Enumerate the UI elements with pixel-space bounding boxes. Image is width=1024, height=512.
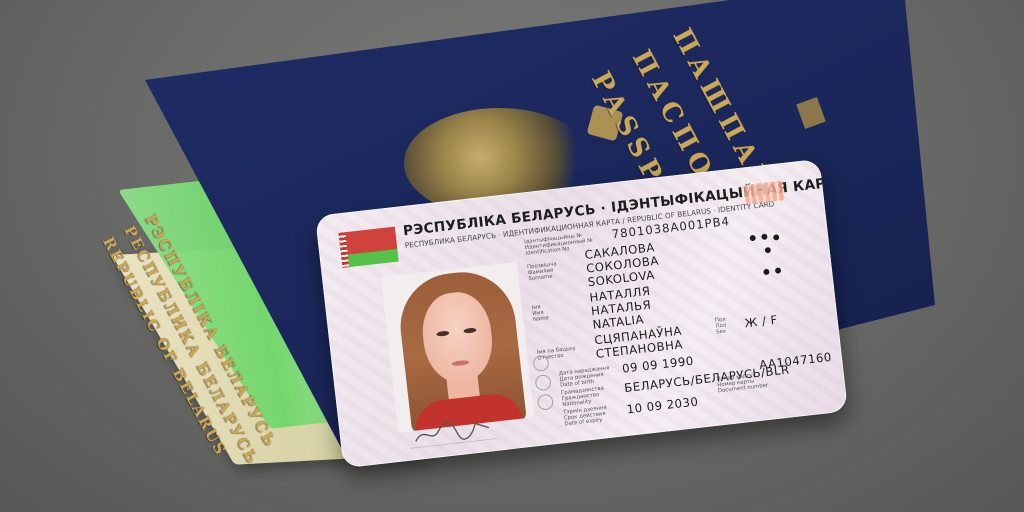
belarus-flag-icon	[339, 227, 399, 268]
label-id-number: Ідэнтыфікацыйны № Идентификационный № Id…	[524, 232, 594, 257]
holder-photo	[381, 262, 534, 433]
hologram-icon	[744, 181, 785, 205]
birth-date: 09 09 1990	[621, 354, 694, 376]
sex-value: Ж / F	[744, 313, 779, 330]
braille-dots-icon	[750, 231, 795, 294]
expiry-date: 10 09 2030	[626, 395, 699, 417]
label-sex: Пол Пол Sex	[715, 315, 746, 336]
photo-scene: РЭСПУБЛІКА БЕЛАРУСЬ РЕСПУБЛИКА БЕЛАРУСЬ …	[0, 0, 1024, 512]
security-icons	[532, 354, 560, 415]
card-number: AA1047160	[759, 350, 833, 372]
